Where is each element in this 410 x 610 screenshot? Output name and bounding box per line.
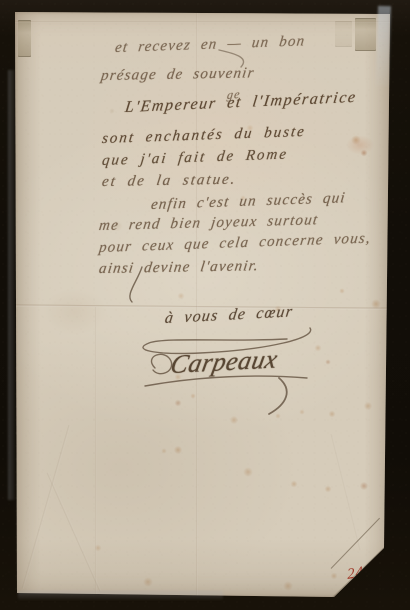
handwritten-line: et de la statue. — [101, 172, 238, 191]
tape-residue-top-left — [18, 20, 31, 57]
handwritten-line: pour ceux que cela concerne vous, — [98, 230, 372, 257]
handwritten-line: que j'ai fait de Rome — [101, 146, 289, 170]
handwritten-line: sont enchantés du buste — [101, 124, 307, 148]
folded-corner-crease — [331, 518, 380, 569]
signature-initials-flourish — [151, 354, 171, 373]
handwritten-line: et recevez en — un bon — [114, 33, 306, 57]
signature: Carpeaux — [168, 344, 280, 380]
fold-crease-vertical-lower — [95, 307, 97, 597]
paper-wrinkle — [331, 434, 362, 551]
photo-mount: et recevez en — un bon présage de souven… — [0, 0, 410, 610]
handwritten-line: présage de souvenir — [100, 65, 256, 85]
letter-paper: et recevez en — un bon présage de souven… — [15, 12, 390, 597]
fold-crease-top — [15, 21, 390, 23]
handwritten-line: me rend bien joyeux surtout — [98, 212, 319, 235]
handwritten-line: ainsi devine l'avenir. — [98, 258, 260, 278]
tape-residue-top-right-faint — [335, 21, 352, 47]
signature-descender-flourish — [269, 378, 287, 414]
handwritten-line: enfin c'est un succès qui — [150, 190, 347, 214]
inventory-number: 2415 — [347, 561, 382, 584]
glare-reflection-left — [8, 70, 15, 500]
paper-wrinkle — [47, 472, 102, 592]
handwritten-line: L'Empereur et l'Impératrice — [124, 89, 358, 117]
paper-wrinkle — [22, 425, 71, 589]
